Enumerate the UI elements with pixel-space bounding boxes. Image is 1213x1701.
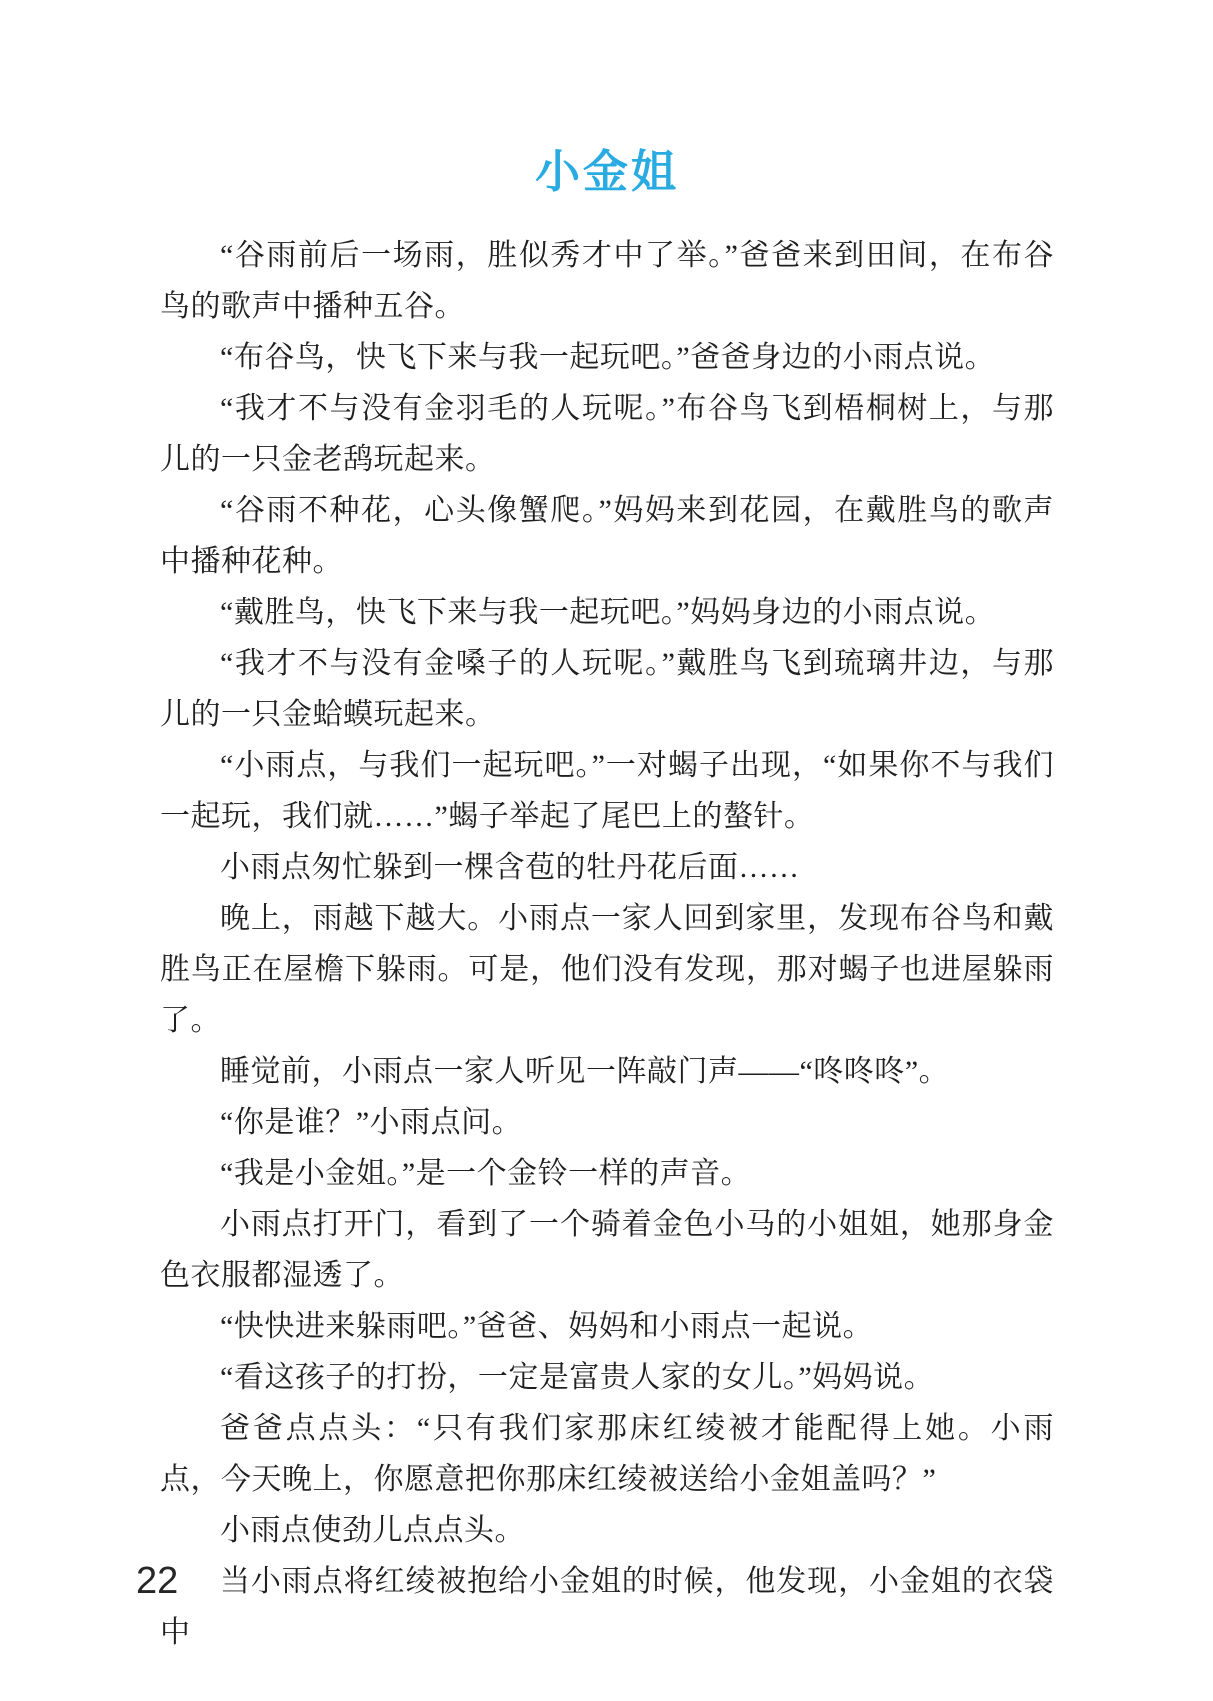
story-paragraph: “布谷鸟，快飞下来与我一起玩吧。”爸爸身边的小雨点说。 xyxy=(160,332,1054,383)
story-paragraph: 睡觉前，小雨点一家人听见一阵敲门声——“咚咚咚”。 xyxy=(160,1046,1054,1097)
story-paragraph: 爸爸点点头：“只有我们家那床红绫被才能配得上她。小雨点，今天晚上，你愿意把你那床… xyxy=(160,1403,1054,1505)
story-paragraph: “快快进来躲雨吧。”爸爸、妈妈和小雨点一起说。 xyxy=(160,1301,1054,1352)
story-paragraph: 小雨点使劲儿点点头。 xyxy=(160,1505,1054,1556)
story-paragraph: “我是小金姐。”是一个金铃一样的声音。 xyxy=(160,1148,1054,1199)
page-number: 22 xyxy=(136,1560,178,1603)
story-paragraph: 小雨点打开门，看到了一个骑着金色小马的小姐姐，她那身金色衣服都湿透了。 xyxy=(160,1199,1054,1301)
story-body: “谷雨前后一场雨，胜似秀才中了举。”爸爸来到田间，在布谷鸟的歌声中播种五谷。 “… xyxy=(160,230,1054,1658)
book-page: 小金姐 “谷雨前后一场雨，胜似秀才中了举。”爸爸来到田间，在布谷鸟的歌声中播种五… xyxy=(0,0,1213,1701)
story-paragraph: “谷雨不种花，心头像蟹爬。”妈妈来到花园，在戴胜鸟的歌声中播种花种。 xyxy=(160,485,1054,587)
story-paragraph: 当小雨点将红绫被抱给小金姐的时候，他发现，小金姐的衣袋中 xyxy=(160,1556,1054,1658)
story-paragraph: “看这孩子的打扮，一定是富贵人家的女儿。”妈妈说。 xyxy=(160,1352,1054,1403)
story-paragraph: 小雨点匆忙躲到一棵含苞的牡丹花后面…… xyxy=(160,842,1054,893)
page-content: 小金姐 “谷雨前后一场雨，胜似秀才中了举。”爸爸来到田间，在布谷鸟的歌声中播种五… xyxy=(160,148,1054,1658)
story-paragraph: 晚上，雨越下越大。小雨点一家人回到家里，发现布谷鸟和戴胜鸟正在屋檐下躲雨。可是，… xyxy=(160,893,1054,1046)
story-paragraph: “谷雨前后一场雨，胜似秀才中了举。”爸爸来到田间，在布谷鸟的歌声中播种五谷。 xyxy=(160,230,1054,332)
page-title: 小金姐 xyxy=(160,148,1054,198)
story-paragraph: “你是谁？”小雨点问。 xyxy=(160,1097,1054,1148)
story-paragraph: “我才不与没有金羽毛的人玩呢。”布谷鸟飞到梧桐树上，与那儿的一只金老鸹玩起来。 xyxy=(160,383,1054,485)
story-paragraph: “我才不与没有金嗓子的人玩呢。”戴胜鸟飞到琉璃井边，与那儿的一只金蛤蟆玩起来。 xyxy=(160,638,1054,740)
story-paragraph: “小雨点，与我们一起玩吧。”一对蝎子出现，“如果你不与我们一起玩，我们就……”蝎… xyxy=(160,740,1054,842)
story-paragraph: “戴胜鸟，快飞下来与我一起玩吧。”妈妈身边的小雨点说。 xyxy=(160,587,1054,638)
